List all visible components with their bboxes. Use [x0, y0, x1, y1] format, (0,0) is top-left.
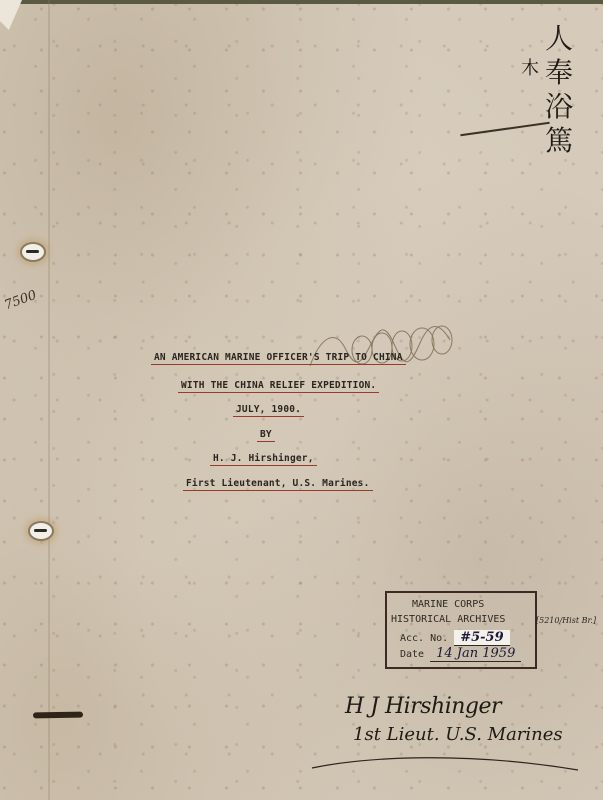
document-page: 7500 人 奉 浴 篤 木 AN AMERICAN MARINE OFFICE… [0, 0, 603, 800]
archive-stamp: MARINE CORPS HISTORICAL ARCHIVES Acc. No… [385, 591, 537, 669]
author-rank: First Lieutenant, U.S. Marines. [183, 478, 373, 491]
stamp-date-row: Date 14 Jan 1959 [400, 646, 521, 661]
punch-hole-icon [28, 521, 54, 541]
cjk-char: 浴 [545, 90, 573, 124]
signature-name: H J Hirshinger [345, 694, 501, 719]
signature-rank: 1st Lieut. U.S. Marines [353, 724, 563, 745]
page-top-edge [0, 0, 603, 4]
date-line: JULY, 1900. [233, 404, 304, 417]
author-name: H. J. Hirshinger, [210, 453, 317, 466]
cjk-char: 奉 [545, 56, 573, 90]
stamp-line-2: HISTORICAL ARCHIVES [391, 614, 505, 625]
pencil-number: 7500 [2, 288, 38, 313]
stamp-acc-row: Acc. No. #5-59 [400, 630, 510, 645]
stamp-line-1: MARINE CORPS [412, 599, 484, 610]
date-label: Date [400, 649, 424, 660]
ink-stroke [460, 122, 549, 137]
cjk-char: 人 [545, 22, 573, 56]
bracket-note: [5210/Hist Br.] [536, 616, 596, 625]
ink-smudge [33, 712, 83, 719]
acc-value: #5-59 [454, 630, 509, 646]
paper-texture [0, 0, 603, 800]
date-value: 14 Jan 1959 [430, 646, 521, 662]
acc-label: Acc. No. [400, 633, 448, 644]
binding-fold [48, 0, 50, 800]
punch-hole-icon [20, 242, 46, 262]
subtitle-line: WITH THE CHINA RELIEF EXPEDITION. [178, 380, 379, 393]
corner-tear [0, 0, 22, 30]
title-line: AN AMERICAN MARINE OFFICER'S TRIP TO CHI… [151, 352, 406, 365]
cjk-annotation: 人 奉 浴 篤 [545, 22, 573, 158]
signature-underline-icon [310, 748, 580, 778]
by-line: BY [257, 429, 275, 442]
cjk-char: 篤 [545, 124, 573, 158]
cjk-small-char: 木 [521, 54, 539, 80]
